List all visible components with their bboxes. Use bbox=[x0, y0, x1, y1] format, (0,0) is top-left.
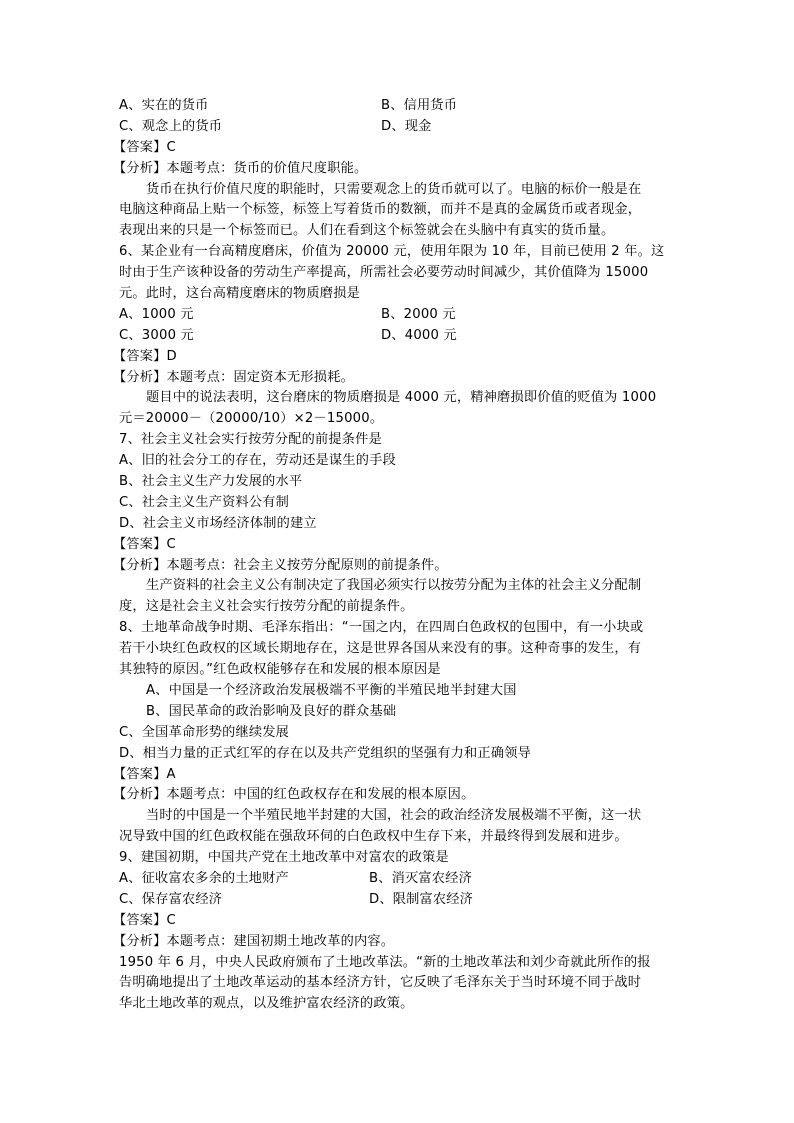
q6-option-b: B、2000 元 bbox=[381, 305, 456, 326]
q7-answer: 【答案】C bbox=[113, 535, 679, 556]
q6-options-row-1: A、1000 元 B、2000 元 bbox=[119, 305, 679, 326]
q8-stem-line: 其独特的原因。”红色政权能够存在和发展的根本原因是 bbox=[119, 660, 679, 681]
q9-option-b: B、消灭富农经济 bbox=[369, 869, 472, 890]
q9-explanation-line: 华北土地改革的观点，以及维护富农经济的政策。 bbox=[119, 994, 679, 1015]
q9-option-d: D、限制富农经济 bbox=[369, 890, 473, 911]
q6-option-d: D、4000 元 bbox=[381, 326, 457, 347]
q5-option-b: B、信用货币 bbox=[381, 96, 457, 117]
q6-stem-line: 6、某企业有一台高精度磨床，价值为 20000 元，使用年限为 10 年，目前已… bbox=[119, 242, 679, 263]
q9-options-row-2: C、保存富农经济 D、限制富农经济 bbox=[119, 890, 679, 911]
q7-option-b: B、社会主义生产力发展的水平 bbox=[119, 472, 679, 493]
q6-stem-line: 元。此时，这台高精度磨床的物质磨损是 bbox=[119, 284, 679, 305]
q6-analysis: 【分析】本题考点：固定资本无形损耗。 bbox=[113, 368, 679, 389]
q5-options-row-2: C、观念上的货币 D、现金 bbox=[119, 117, 679, 138]
q6-stem-line: 时由于生产该种设备的劳动生产率提高，所需社会必要劳动时间减少，其价值降为 150… bbox=[119, 263, 679, 284]
q8-stem-line: 若干小块红色政权的区域长期地存在，这是世界各国从来没有的事。这种奇事的发生，有 bbox=[119, 639, 679, 660]
q9-stem: 9、建国初期，中国共产党在土地改革中对富农的政策是 bbox=[119, 848, 679, 869]
q9-analysis: 【分析】本题考点：建国初期土地改革的内容。 bbox=[113, 932, 679, 953]
document-page: A、实在的货币 B、信用货币 C、观念上的货币 D、现金 【答案】C 【分析】本… bbox=[119, 96, 679, 1015]
q8-option-a: A、中国是一个经济政治发展极端不平衡的半殖民地半封建大国 bbox=[119, 681, 679, 702]
q7-analysis: 【分析】本题考点：社会主义按劳分配原则的前提条件。 bbox=[113, 556, 679, 577]
q6-options-row-2: C、3000 元 D、4000 元 bbox=[119, 326, 679, 347]
q9-explanation-line: 告明确地提出了土地改革运动的基本经济方针，它反映了毛泽东关于当时环境不同于战时 bbox=[119, 973, 679, 994]
q6-answer: 【答案】D bbox=[113, 347, 679, 368]
q8-answer: 【答案】A bbox=[113, 765, 679, 786]
q7-option-a: A、旧的社会分工的存在，劳动还是谋生的手段 bbox=[119, 451, 679, 472]
q7-option-c: C、社会主义生产资料公有制 bbox=[119, 493, 679, 514]
q7-explanation-line: 生产资料的社会主义公有制决定了我国必须实行以按劳分配为主体的社会主义分配制 bbox=[119, 576, 679, 597]
q5-explanation-line: 货币在执行价值尺度的职能时，只需要观念上的货币就可以了。电脑的标价一般是在 bbox=[119, 180, 679, 201]
q5-option-c: C、观念上的货币 bbox=[119, 117, 381, 138]
q7-stem: 7、社会主义社会实行按劳分配的前提条件是 bbox=[119, 430, 679, 451]
q5-options-row-1: A、实在的货币 B、信用货币 bbox=[119, 96, 679, 117]
q9-answer: 【答案】C bbox=[113, 911, 679, 932]
q5-explanation-line: 表现出来的只是一个标签而已。人们在看到这个标签就会在头脑中有真实的货币量。 bbox=[119, 221, 679, 242]
q6-option-a: A、1000 元 bbox=[119, 305, 381, 326]
q7-explanation-line: 度，这是社会主义社会实行按劳分配的前提条件。 bbox=[119, 597, 679, 618]
q8-option-c: C、全国革命形势的继续发展 bbox=[119, 723, 679, 744]
q9-options-row-1: A、征收富农多余的土地财产 B、消灭富农经济 bbox=[119, 869, 679, 890]
q5-analysis: 【分析】本题考点：货币的价值尺度职能。 bbox=[113, 159, 679, 180]
q8-stem-line: 8、土地革命战争时期、毛泽东指出：“一国之内，在四周白色政权的包围中，有一小块或 bbox=[119, 618, 679, 639]
q5-answer: 【答案】C bbox=[113, 138, 679, 159]
q9-explanation-line: 1950 年 6 月，中央人民政府颁布了土地改革法。“新的土地改革法和刘少奇就此… bbox=[119, 953, 679, 974]
q8-option-b: B、国民革命的政治影响及良好的群众基础 bbox=[119, 702, 679, 723]
q8-explanation-line: 当时的中国是一个半殖民地半封建的大国，社会的政治经济发展极端不平衡，这一状 bbox=[119, 806, 679, 827]
q9-option-c: C、保存富农经济 bbox=[119, 890, 369, 911]
q8-explanation-line: 况导致中国的红色政权能在强敌环伺的白色政权中生存下来，并最终得到发展和进步。 bbox=[119, 827, 679, 848]
q6-option-c: C、3000 元 bbox=[119, 326, 381, 347]
q7-option-d: D、社会主义市场经济体制的建立 bbox=[119, 514, 679, 535]
q5-option-a: A、实在的货币 bbox=[119, 96, 381, 117]
q9-option-a: A、征收富农多余的土地财产 bbox=[119, 869, 369, 890]
q5-explanation-line: 电脑这种商品上贴一个标签，标签上写着货币的数额，而并不是真的金属货币或者现金， bbox=[119, 200, 679, 221]
q6-explanation-line: 元＝20000－（20000/10）×2－15000。 bbox=[119, 409, 679, 430]
q6-explanation-line: 题目中的说法表明，这台磨床的物质磨损是 4000 元，精神磨损即价值的贬值为 1… bbox=[119, 388, 679, 409]
q8-option-d: D、相当力量的正式红军的存在以及共产党组织的坚强有力和正确领导 bbox=[119, 744, 679, 765]
q5-option-d: D、现金 bbox=[381, 117, 432, 138]
q8-analysis: 【分析】本题考点：中国的红色政权存在和发展的根本原因。 bbox=[113, 785, 679, 806]
